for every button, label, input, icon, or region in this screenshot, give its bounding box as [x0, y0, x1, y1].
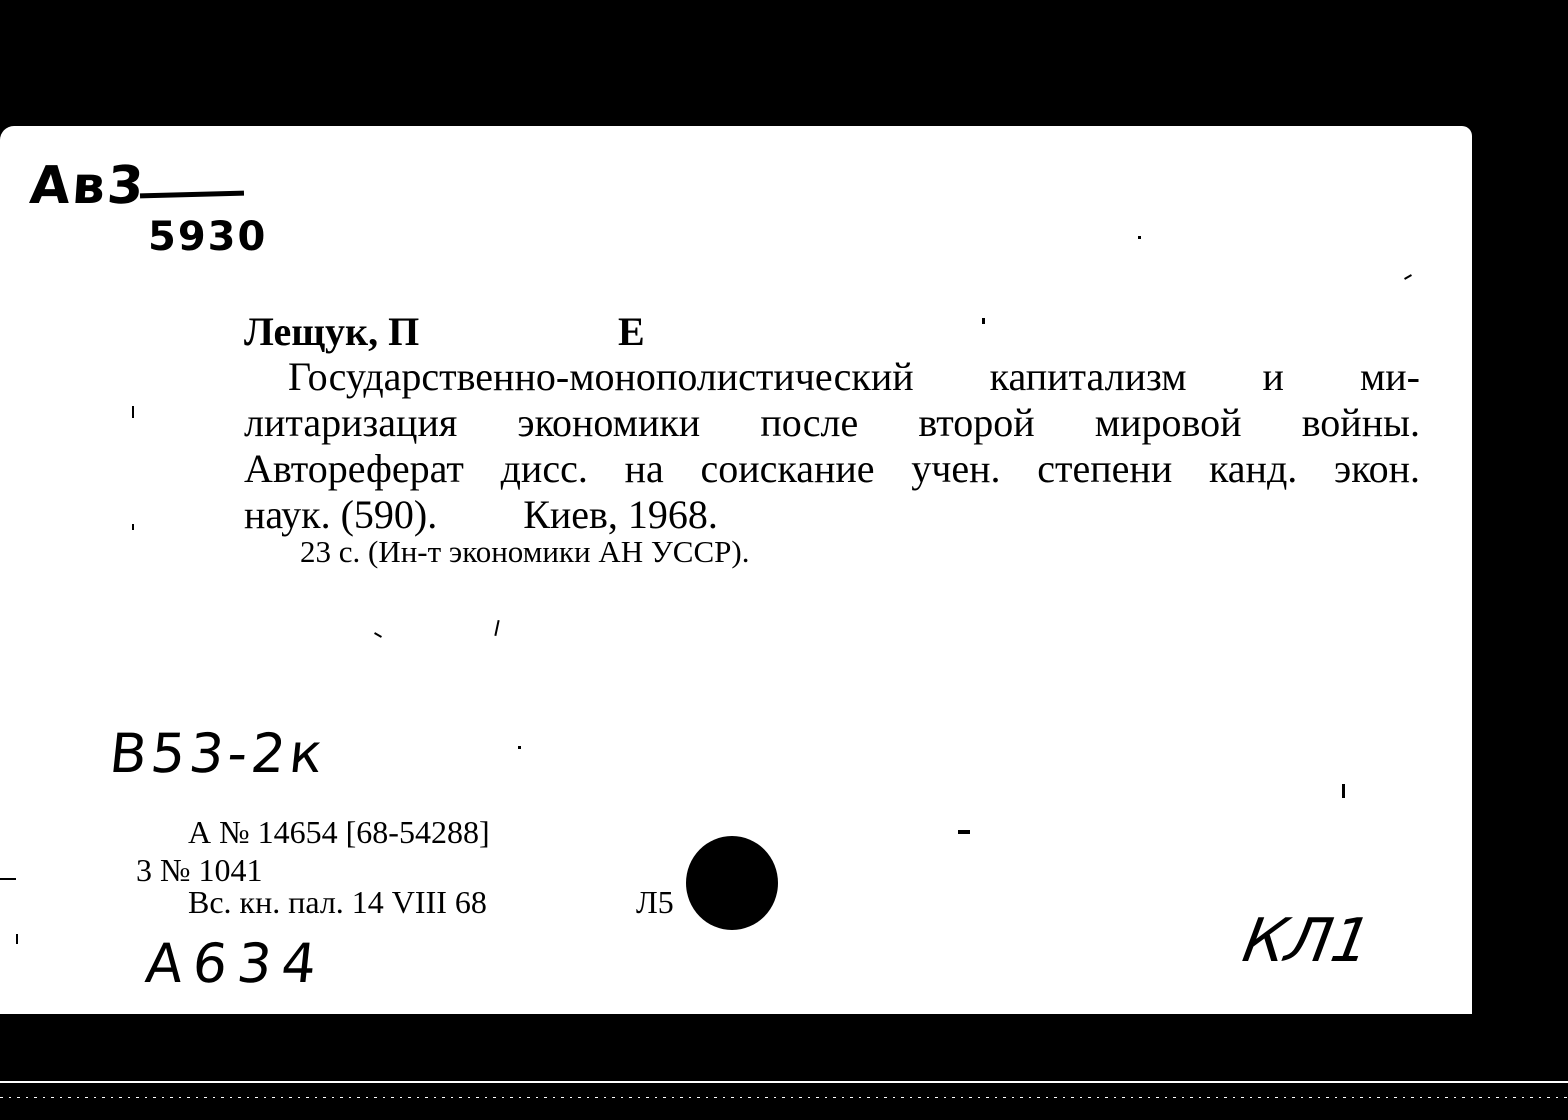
scan-speck — [132, 406, 134, 418]
title-line-3: Автореферат дисс. на соискание учен. сте… — [244, 446, 1420, 492]
scan-border-dots — [0, 1097, 1568, 1098]
scan-speck — [374, 632, 382, 638]
scan-speck — [958, 830, 970, 834]
catalog-card: Ав3 5930 Лещук, П Е Государственно-моноп… — [0, 126, 1472, 1014]
pages-publisher: 23 с. (Ин-т экономики АН УССР). — [300, 534, 749, 570]
scan-speck — [1404, 274, 1412, 280]
card-code: Л5 — [636, 884, 674, 921]
place-year: Киев, 1968. — [523, 492, 718, 537]
book-chamber-date: Вс. кн. пал. 14 VIII 68 — [188, 884, 487, 921]
title-line-1: Государственно-монополистический капитал… — [244, 354, 1420, 400]
scan-speck — [518, 746, 521, 749]
shelfmark-top: Ав3 — [28, 156, 148, 216]
punch-hole — [686, 836, 778, 930]
scan-speck — [982, 318, 985, 324]
scan-speck — [0, 878, 16, 880]
accession-a: А № 14654 [68-54288] — [188, 814, 490, 851]
title-line-4: наук. (590).Киев, 1968. — [244, 492, 1420, 538]
author-name: Лещук, П — [244, 308, 419, 355]
scan-speck — [494, 620, 499, 636]
inventory-code: А634 — [143, 932, 330, 995]
scan-speck — [1138, 236, 1141, 239]
scan-speck — [1342, 784, 1345, 798]
degree-field: наук. (590). — [244, 492, 437, 537]
author-second-initial: Е — [618, 308, 645, 355]
classification-code: В53-2к — [107, 722, 330, 785]
scan-border-line — [0, 1081, 1568, 1083]
scan-speck — [132, 524, 134, 530]
shelfmark-bottom: 5930 — [148, 214, 267, 260]
handwritten-initials: КЛ1 — [1238, 906, 1376, 976]
shelfmark-fraction-line — [140, 191, 244, 199]
scan-speck — [16, 934, 18, 944]
title-description: Государственно-монополистический капитал… — [244, 354, 1420, 538]
title-line-2: литаризация экономики после второй миров… — [244, 400, 1420, 446]
